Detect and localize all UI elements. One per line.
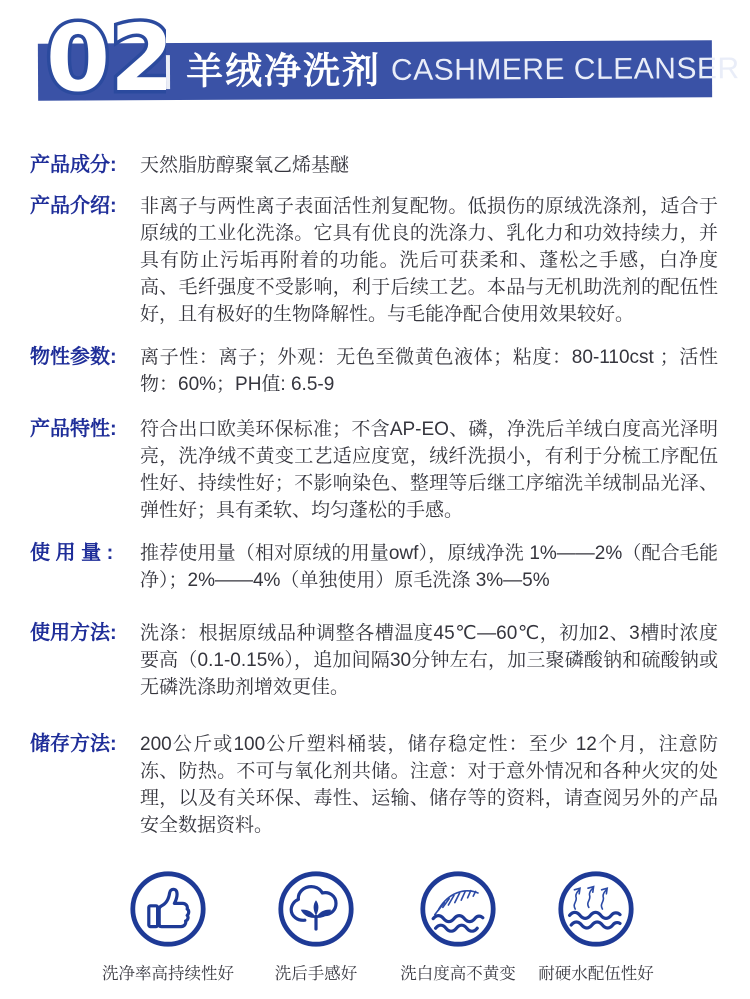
feature-hard-water: 耐硬水配伍性好 xyxy=(518,869,674,984)
section-text: 200公斤或100公斤塑料桶装，储存稳定性：至少 12个月，注意防冻、防热。不可… xyxy=(140,731,718,839)
section-text: 洗涤：根据原绒品种调整各槽温度45℃—60℃，初加2、3槽时浓度要高（0.1-0… xyxy=(140,620,718,701)
section-text: 天然脂肪醇聚氧乙烯基醚 xyxy=(140,152,718,179)
section-ingredients: 产品成分: 天然脂肪醇聚氧乙烯基醚 xyxy=(30,152,718,179)
section-number-text: 02 xyxy=(46,5,166,106)
section-usage-method: 使用方法: 洗涤：根据原绒品种调整各槽温度45℃—60℃，初加2、3槽时浓度要高… xyxy=(30,620,718,701)
section-label: 物性参数: xyxy=(30,344,140,371)
page-header: 羊绒净洗剂 CASHMERE CLEANSER 02 xyxy=(0,0,750,130)
cotton-icon xyxy=(276,869,356,949)
hard-water-arrows-icon xyxy=(556,869,636,949)
section-label: 储存方法: xyxy=(30,731,140,758)
section-text: 非离子与两性离子表面活性剂复配物。低损伤的原绒洗涤剂，适合于原绒的工业化洗涤。它… xyxy=(140,193,718,328)
feature-whiteness: 洗白度高不黄变 xyxy=(380,869,536,984)
product-info: 产品成分: 天然脂肪醇聚氧乙烯基醚 产品介绍: 非离子与两性离子表面活性剂复配物… xyxy=(0,130,750,997)
feature-caption: 洗后手感好 xyxy=(275,960,358,984)
feature-hand-feel: 洗后手感好 xyxy=(238,869,394,984)
header-divider xyxy=(166,55,170,89)
product-title-zh: 羊绒净洗剂 xyxy=(186,52,381,90)
feature-caption: 耐硬水配伍性好 xyxy=(538,960,654,984)
section-physical-parameters: 物性参数: 离子性：离子；外观：无色至微黄色液体；粘度：80-110cst ；活… xyxy=(30,344,718,398)
feature-caption: 洗净率高持续性好 xyxy=(102,960,234,984)
feature-icons-row: 洗净率高持续性好 洗后手感好 xyxy=(30,869,718,997)
section-dosage: 使 用 量 : 推荐使用量（相对原绒的用量owf），原绒净洗 1%——2%（配合… xyxy=(30,540,718,594)
section-text: 推荐使用量（相对原绒的用量owf），原绒净洗 1%——2%（配合毛能净）；2%—… xyxy=(140,540,718,594)
section-label: 使 用 量 : xyxy=(30,540,140,567)
thumbs-up-icon xyxy=(128,869,208,949)
section-introduction: 产品介绍: 非离子与两性离子表面活性剂复配物。低损伤的原绒洗涤剂，适合于原绒的工… xyxy=(30,193,718,328)
section-features: 产品特性: 符合出口欧美环保标准；不含AP-EO、磷，净洗后羊绒白度高光泽明亮，… xyxy=(30,416,718,524)
section-storage-method: 储存方法: 200公斤或100公斤塑料桶装，储存稳定性：至少 12个月，注意防冻… xyxy=(30,731,718,839)
section-text: 符合出口欧美环保标准；不含AP-EO、磷，净洗后羊绒白度高光泽明亮，洗净绒不黄变… xyxy=(140,416,718,524)
section-label: 产品特性: xyxy=(30,416,140,443)
section-label: 产品成分: xyxy=(30,152,140,179)
feather-wave-icon xyxy=(418,869,498,949)
section-number: 02 xyxy=(44,4,166,106)
section-label: 使用方法: xyxy=(30,620,140,647)
feature-caption: 洗白度高不黄变 xyxy=(400,960,516,984)
section-text: 离子性：离子；外观：无色至微黄色液体；粘度：80-110cst ；活性物：60%… xyxy=(140,344,718,398)
section-label: 产品介绍: xyxy=(30,193,140,220)
product-title-en: CASHMERE CLEANSER xyxy=(391,54,740,86)
feature-clean-rate: 洗净率高持续性好 xyxy=(90,869,246,984)
